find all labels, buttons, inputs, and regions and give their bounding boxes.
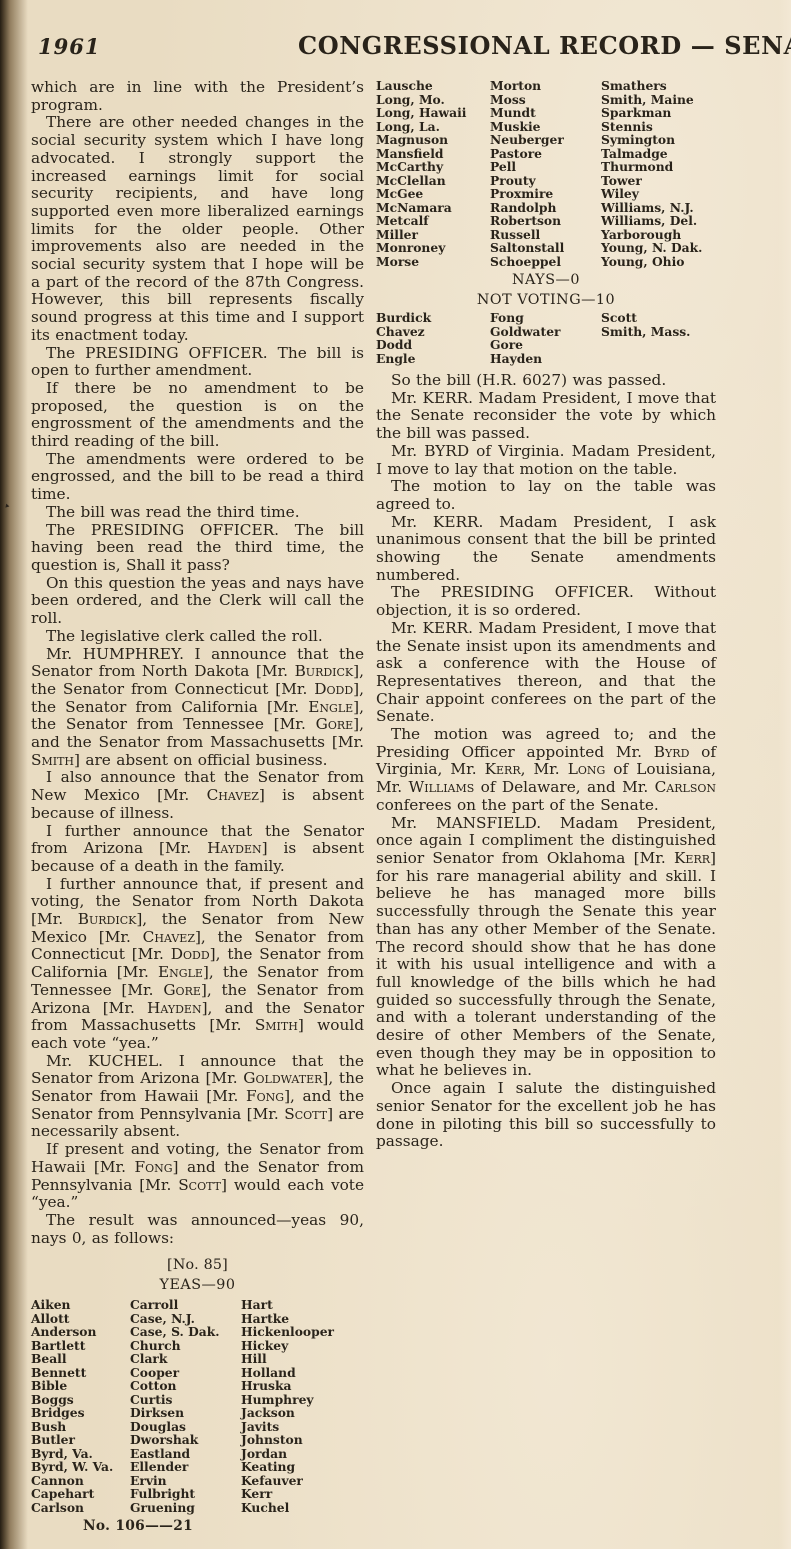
senator-name: Cotton (130, 1379, 241, 1393)
senator-name: Aiken (31, 1298, 130, 1312)
senator-name: Cannon (31, 1474, 130, 1488)
senator-name-smallcaps: Long (568, 760, 606, 778)
senator-name: Fong (490, 311, 601, 325)
senator-name: Douglas (130, 1420, 241, 1434)
senator-name: Metcalf (376, 214, 490, 228)
senator-name: Moss (490, 93, 601, 107)
senator-name: Bennett (31, 1366, 130, 1380)
senator-name: Miller (376, 228, 490, 242)
senator-name: Kerr (241, 1487, 364, 1501)
print-number: No. 106——21 (83, 1518, 364, 1534)
senator-name-smallcaps: Byrd (654, 743, 690, 761)
congressional-record-page: 1961 CONGRESSIONAL RECORD — SENATE ‣ whi… (0, 0, 791, 1549)
senator-name: Case, S. Dak. (130, 1325, 241, 1339)
senator-name: Beall (31, 1352, 130, 1366)
senator-name: Curtis (130, 1393, 241, 1407)
senator-name: Russell (490, 228, 601, 242)
senator-name-smallcaps: Williams (409, 778, 475, 796)
senator-name-smallcaps: Fong (246, 1087, 284, 1105)
senator-name: Young, Ohio (601, 255, 716, 269)
senator-name-smallcaps: Fong (134, 1158, 172, 1176)
senator-name: Bush (31, 1420, 130, 1434)
senator-name: Capehart (31, 1487, 130, 1501)
senator-name-smallcaps: Engle (158, 963, 203, 981)
senator-name: Boggs (31, 1393, 130, 1407)
senator-name: Hruska (241, 1379, 364, 1393)
senator-name: Bridges (31, 1406, 130, 1420)
senator-name: Eastland (130, 1447, 241, 1461)
senator-name: Kefauver (241, 1474, 364, 1488)
senator-name: Morse (376, 255, 490, 269)
senator-name: Young, N. Dak. (601, 241, 716, 255)
not-voting-heading: NOT VOTING—10 (376, 292, 716, 308)
senator-name: Jordan (241, 1447, 364, 1461)
senator-name: Sparkman (601, 106, 716, 120)
paragraph: The legislative clerk called the roll. (31, 628, 364, 646)
right-column-paragraphs: So the bill (H.R. 6027) was passed.Mr. K… (376, 372, 716, 1151)
senator-name-smallcaps: Burdick (78, 910, 137, 928)
senator-name-smallcaps: Gore (163, 981, 201, 999)
senator-name: Stennis (601, 120, 716, 134)
paragraph: Once again I salute the distinguished se… (376, 1080, 716, 1151)
senator-name: Talmadge (601, 147, 716, 161)
senator-name: Engle (376, 352, 490, 366)
senator-name-smallcaps: Goldwater (243, 1069, 322, 1087)
senator-name-smallcaps: Smith (31, 751, 74, 769)
senator-name: Scott (601, 311, 716, 325)
paragraph: There are other needed changes in the so… (31, 114, 364, 344)
senator-name: Wiley (601, 187, 716, 201)
senator-name: Holland (241, 1366, 364, 1380)
senator-name: Schoeppel (490, 255, 601, 269)
senator-name-smallcaps: Hayden (207, 839, 262, 857)
senator-name: Byrd, Va. (31, 1447, 130, 1461)
paragraph: The PRESIDING OFFICER. Without objection… (376, 584, 716, 619)
senator-name: Hickenlooper (241, 1325, 364, 1339)
senator-name: Tower (601, 174, 716, 188)
senator-name: Smith, Maine (601, 93, 716, 107)
yeas-heading: YEAS—90 (31, 1277, 364, 1293)
senator-name: Robertson (490, 214, 601, 228)
senator-name: Gruening (130, 1501, 241, 1515)
senator-name: Butler (31, 1433, 130, 1447)
paragraph: If present and voting, the Senator from … (31, 1141, 364, 1212)
senator-name: Prouty (490, 174, 601, 188)
senator-name-smallcaps: Carlson (655, 778, 716, 796)
senator-name: Case, N.J. (130, 1312, 241, 1326)
senator-name: Chavez (376, 325, 490, 339)
senator-name: Symington (601, 133, 716, 147)
paragraph: The PRESIDING OFFICER. The bill having b… (31, 522, 364, 575)
paragraph: I further announce that the Senator from… (31, 823, 364, 876)
senator-name: Gore (490, 338, 601, 352)
roll-call-column: HartHartkeHickenlooperHickeyHillHollandH… (241, 1298, 364, 1514)
roll-call-column: AikenAllottAndersonBartlettBeallBennettB… (31, 1298, 130, 1514)
senator-name: Ellender (130, 1460, 241, 1474)
roll-call-column: BurdickChavezDoddEngle (376, 311, 490, 365)
senator-name-smallcaps: Scott (178, 1176, 221, 1194)
paragraph: The motion to lay on the table was agree… (376, 478, 716, 513)
senator-name-smallcaps: Dodd (314, 680, 353, 698)
paragraph: Mr. KUCHEL. I announce that the Senator … (31, 1053, 364, 1142)
senator-name-smallcaps: Chavez (207, 786, 259, 804)
senator-name: Dodd (376, 338, 490, 352)
senator-name: Johnston (241, 1433, 364, 1447)
senator-name: Long, Mo. (376, 93, 490, 107)
senator-name: Kuchel (241, 1501, 364, 1515)
senator-name-smallcaps: Hayden (147, 999, 202, 1017)
nays-heading: NAYS—0 (376, 272, 716, 288)
senator-name: McNamara (376, 201, 490, 215)
senator-name: Bible (31, 1379, 130, 1393)
senator-name-smallcaps: Gore (316, 715, 354, 733)
senator-name-smallcaps: Scott (284, 1105, 327, 1123)
senator-name: Saltonstall (490, 241, 601, 255)
paragraph: Mr. KERR. Madam President, I ask unanimo… (376, 514, 716, 585)
senator-name: Dirksen (130, 1406, 241, 1420)
senator-name: Javits (241, 1420, 364, 1434)
senator-name: Williams, Del. (601, 214, 716, 228)
right-column: LauscheLong, Mo.Long, HawaiiLong, La.Mag… (376, 79, 716, 1151)
paragraph: On this question the yeas and nays have … (31, 575, 364, 628)
senator-name: Williams, N.J. (601, 201, 716, 215)
senator-name: McGee (376, 187, 490, 201)
senator-name: Proxmire (490, 187, 601, 201)
senator-name: Clark (130, 1352, 241, 1366)
senator-name: Smith, Mass. (601, 325, 716, 339)
paragraph: The bill was read the third time. (31, 504, 364, 522)
paragraph: Mr. MANSFIELD. Madam President, once aga… (376, 815, 716, 1081)
senator-name: Mundt (490, 106, 601, 120)
senator-name: Hart (241, 1298, 364, 1312)
senator-name-smallcaps: Burdick (295, 662, 354, 680)
senator-name: Carroll (130, 1298, 241, 1312)
senator-name-smallcaps: Kerr (485, 760, 521, 778)
senator-name: Mansfield (376, 147, 490, 161)
senator-name: Jackson (241, 1406, 364, 1420)
paragraph: The PRESIDING OFFICER. The bill is open … (31, 345, 364, 380)
senator-name: Keating (241, 1460, 364, 1474)
senator-name: Smathers (601, 79, 716, 93)
senator-name: Humphrey (241, 1393, 364, 1407)
senator-name: Pastore (490, 147, 601, 161)
senator-name: Muskie (490, 120, 601, 134)
senator-name: Hayden (490, 352, 601, 366)
roll-call-column: ScottSmith, Mass. (601, 311, 716, 365)
not-voting-roll-call-list: BurdickChavezDoddEngleFongGoldwaterGoreH… (376, 311, 716, 365)
senator-name: Lausche (376, 79, 490, 93)
senator-name: Cooper (130, 1366, 241, 1380)
paragraph: If there be no amendment to be proposed,… (31, 380, 364, 451)
roll-call-column: SmathersSmith, MaineSparkmanStennisSymin… (601, 79, 716, 268)
paragraph: I further announce that, if present and … (31, 876, 364, 1053)
senator-name: Monroney (376, 241, 490, 255)
senator-name: Thurmond (601, 160, 716, 174)
senator-name: Hartke (241, 1312, 364, 1326)
senator-name: Anderson (31, 1325, 130, 1339)
senator-name: Pell (490, 160, 601, 174)
senator-name: Neuberger (490, 133, 601, 147)
senator-name-smallcaps: Chavez (143, 928, 195, 946)
paragraph: The motion was agreed to; and the Presid… (376, 726, 716, 815)
paragraph: The result was announced—yeas 90, nays 0… (31, 1212, 364, 1247)
senator-name: Dworshak (130, 1433, 241, 1447)
yeas-roll-call-list: AikenAllottAndersonBartlettBeallBennettB… (31, 1298, 364, 1514)
paragraph: I also announce that the Senator from Ne… (31, 769, 364, 822)
margin-mark-icon: ‣ (3, 499, 12, 513)
page-year: 1961 (38, 34, 100, 59)
paragraph: which are in line with the President’s p… (31, 79, 364, 114)
senator-name: Fulbright (130, 1487, 241, 1501)
senator-name: Carlson (31, 1501, 130, 1515)
senator-name-smallcaps: Engle (308, 698, 353, 716)
yeas-roll-call-list-continued: LauscheLong, Mo.Long, HawaiiLong, La.Mag… (376, 79, 716, 268)
roll-call-column: MortonMossMundtMuskieNeubergerPastorePel… (490, 79, 601, 268)
paragraph: Mr. KERR. Madam President, I move that t… (376, 620, 716, 726)
senator-name: Burdick (376, 311, 490, 325)
senator-name: Randolph (490, 201, 601, 215)
senator-name: Yarborough (601, 228, 716, 242)
paragraph: So the bill (H.R. 6027) was passed. (376, 372, 716, 390)
paragraph: Mr. BYRD of Virginia. Madam President, I… (376, 443, 716, 478)
left-column: which are in line with the President’s p… (31, 79, 364, 1534)
roll-call-number: [No. 85] (31, 1257, 364, 1273)
senator-name-smallcaps: Kerr (674, 849, 710, 867)
senator-name: McCarthy (376, 160, 490, 174)
senator-name: Hickey (241, 1339, 364, 1353)
senator-name: Allott (31, 1312, 130, 1326)
paragraph: Mr. HUMPHREY. I announce that the Senato… (31, 646, 364, 770)
senator-name: Bartlett (31, 1339, 130, 1353)
senator-name: Ervin (130, 1474, 241, 1488)
roll-call-column: CarrollCase, N.J.Case, S. Dak.ChurchClar… (130, 1298, 241, 1514)
senator-name: Long, La. (376, 120, 490, 134)
senator-name: Morton (490, 79, 601, 93)
paragraph: Mr. KERR. Madam President, I move that t… (376, 390, 716, 443)
roll-call-column: FongGoldwaterGoreHayden (490, 311, 601, 365)
senator-name: Church (130, 1339, 241, 1353)
senator-name: Long, Hawaii (376, 106, 490, 120)
senator-name: Goldwater (490, 325, 601, 339)
roll-call-column: LauscheLong, Mo.Long, HawaiiLong, La.Mag… (376, 79, 490, 268)
senator-name-smallcaps: Smith (255, 1016, 298, 1034)
page-title: CONGRESSIONAL RECORD — SENATE (298, 31, 780, 60)
left-column-paragraphs: which are in line with the President’s p… (31, 79, 364, 1247)
senator-name: Hill (241, 1352, 364, 1366)
paragraph: The amendments were ordered to be engros… (31, 451, 364, 504)
senator-name: McClellan (376, 174, 490, 188)
senator-name-smallcaps: Dodd (171, 945, 210, 963)
senator-name: Magnuson (376, 133, 490, 147)
senator-name: Byrd, W. Va. (31, 1460, 130, 1474)
